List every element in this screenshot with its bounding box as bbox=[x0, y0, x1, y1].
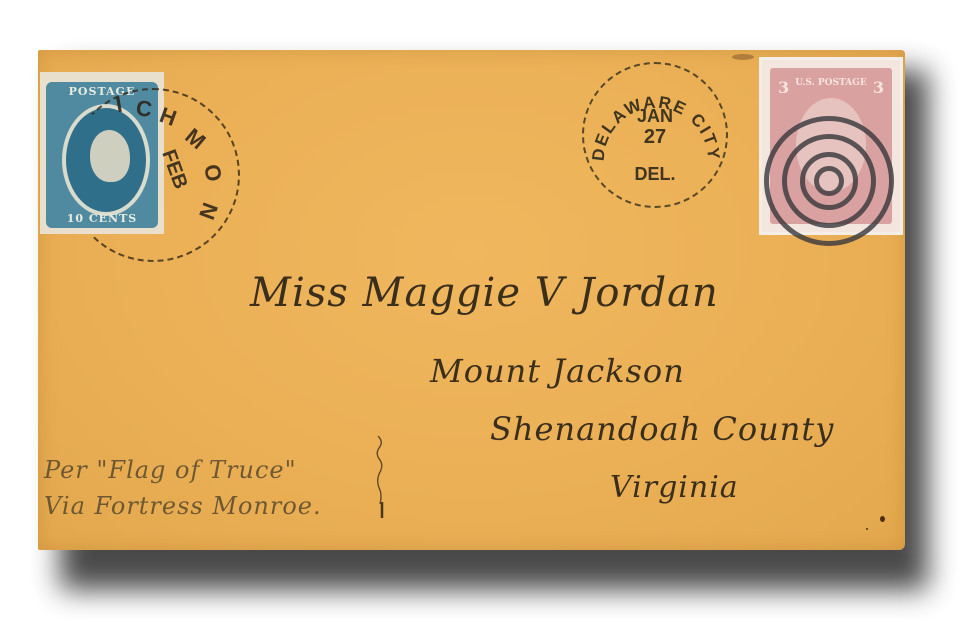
postmark-letter: N bbox=[193, 199, 223, 223]
address-line-3: Shenandoah County bbox=[490, 410, 834, 448]
endorsement-line-1: Per "Flag of Truce" bbox=[44, 456, 297, 484]
stamp-denomination: 3 bbox=[873, 78, 884, 97]
address-line-2: Mount Jackson bbox=[430, 352, 685, 390]
paper-speck bbox=[880, 516, 885, 522]
richmond-postmark: I C H M O N FEB bbox=[66, 88, 240, 262]
postmark-letter: I bbox=[114, 92, 125, 119]
address-line-4: Virginia bbox=[610, 470, 739, 505]
postmark-date: FEB bbox=[156, 147, 191, 192]
paper-speck bbox=[732, 54, 754, 60]
brace-mark bbox=[376, 434, 384, 520]
address-line-1: Miss Maggie V Jordan bbox=[250, 270, 719, 316]
postmark-letter: M bbox=[180, 123, 211, 155]
postmark-letter: C bbox=[134, 95, 153, 123]
endorsement-line-2: Via Fortress Monroe. bbox=[44, 492, 322, 520]
us-3-cent-stamp: U.S. POSTAGE 3 3 bbox=[762, 60, 900, 232]
target-cancel bbox=[814, 166, 844, 196]
postmark-day: 27 bbox=[584, 126, 726, 149]
delaware-city-postmark: DELAWARE CITY JAN 27 DEL. bbox=[582, 62, 728, 208]
envelope: POSTAGE 10 CENTS I C H M O N FEB DELAWAR… bbox=[38, 50, 905, 550]
postmark-month: JAN bbox=[584, 106, 726, 127]
postmark-letter: H bbox=[156, 102, 180, 132]
postmark-state: DEL. bbox=[584, 164, 726, 185]
stamp-denomination: 3 bbox=[778, 78, 789, 97]
postmark-letter: O bbox=[198, 162, 227, 183]
paper-speck bbox=[866, 528, 868, 530]
